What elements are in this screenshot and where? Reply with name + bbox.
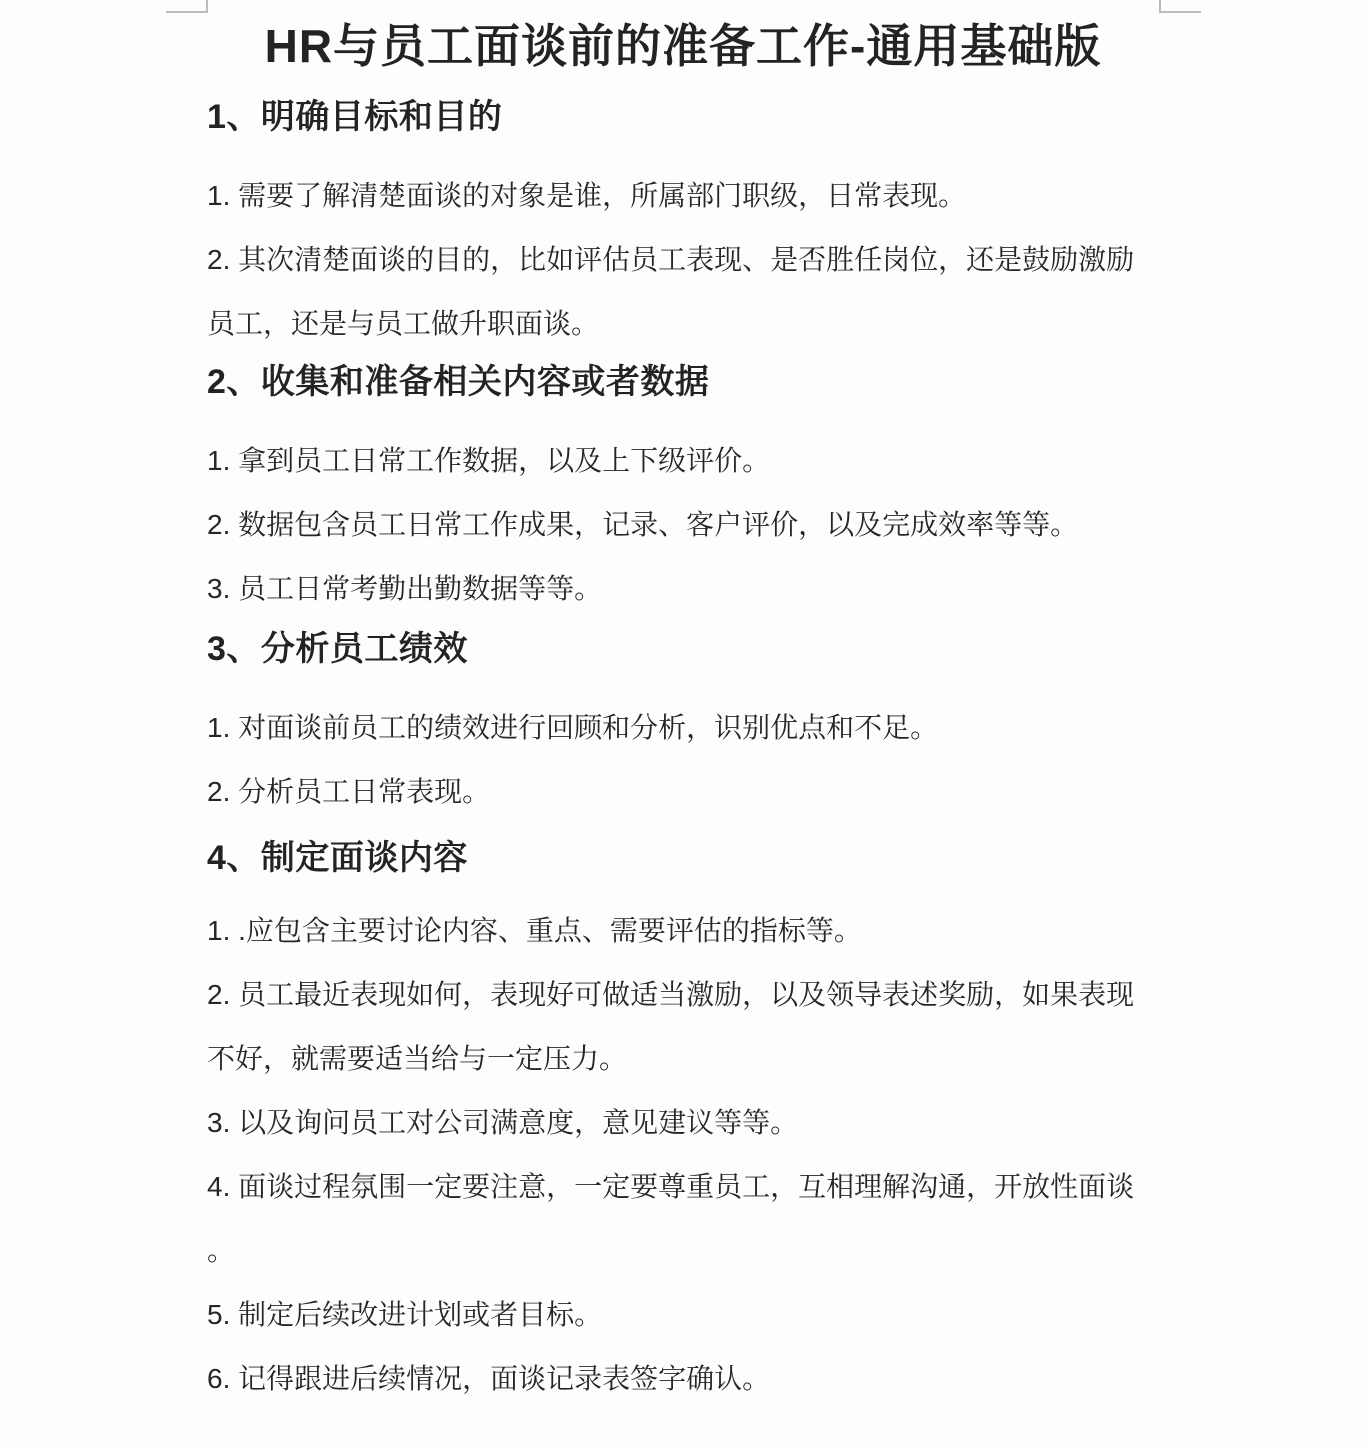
section-heading: 1、明确目标和目的: [207, 79, 1167, 155]
body-line: 2. 员工最近表现如何，表现好可做适当激励，以及领导表述奖励，如果表现: [207, 963, 1167, 1027]
section-heading: 2、收集和准备相关内容或者数据: [207, 344, 1167, 420]
document-page: HR与员工面谈前的准备工作-通用基础版 1、明确目标和目的 1. 需要了解清楚面…: [0, 0, 1366, 1446]
section-body: 1. .应包含主要讨论内容、重点、需要评估的指标等。 2. 员工最近表现如何，表…: [207, 899, 1167, 1411]
body-line: 1. 拿到员工日常工作数据，以及上下级评价。: [207, 429, 1167, 493]
section-4: 4、制定面谈内容 1. .应包含主要讨论内容、重点、需要评估的指标等。 2. 员…: [207, 820, 1167, 1411]
body-line: 2. 其次清楚面谈的目的，比如评估员工表现、是否胜任岗位，还是鼓励激励: [207, 228, 1167, 292]
body-line: 2. 数据包含员工日常工作成果，记录、客户评价，以及完成效率等等。: [207, 493, 1167, 557]
section-heading: 3、分析员工绩效: [207, 611, 1167, 687]
section-3: 3、分析员工绩效 1. 对面谈前员工的绩效进行回顾和分析，识别优点和不足。 2.…: [207, 611, 1167, 824]
text-boundary-corner-mark-left: [166, 0, 208, 13]
body-line: 2. 分析员工日常表现。: [207, 760, 1167, 824]
body-line: 6. 记得跟进后续情况，面谈记录表签字确认。: [207, 1347, 1167, 1411]
text-boundary-corner-mark-right: [1159, 0, 1201, 13]
document-title: HR与员工面谈前的准备工作-通用基础版: [0, 18, 1366, 74]
section-body: 1. 对面谈前员工的绩效进行回顾和分析，识别优点和不足。 2. 分析员工日常表现…: [207, 696, 1167, 824]
body-line: 1. 对面谈前员工的绩效进行回顾和分析，识别优点和不足。: [207, 696, 1167, 760]
body-line: 不好，就需要适当给与一定压力。: [207, 1027, 1167, 1091]
body-line: 5. 制定后续改进计划或者目标。: [207, 1283, 1167, 1347]
section-heading: 4、制定面谈内容: [207, 820, 1167, 896]
section-2: 2、收集和准备相关内容或者数据 1. 拿到员工日常工作数据，以及上下级评价。 2…: [207, 344, 1167, 621]
body-line: 。: [207, 1219, 1167, 1283]
body-line: 1. 需要了解清楚面谈的对象是谁，所属部门职级，日常表现。: [207, 164, 1167, 228]
body-line: 4. 面谈过程氛围一定要注意，一定要尊重员工，互相理解沟通，开放性面谈: [207, 1155, 1167, 1219]
section-body: 1. 拿到员工日常工作数据，以及上下级评价。 2. 数据包含员工日常工作成果，记…: [207, 429, 1167, 621]
body-line: 1. .应包含主要讨论内容、重点、需要评估的指标等。: [207, 899, 1167, 963]
section-1: 1、明确目标和目的 1. 需要了解清楚面谈的对象是谁，所属部门职级，日常表现。 …: [207, 79, 1167, 356]
body-line: 3. 以及询问员工对公司满意度，意见建议等等。: [207, 1091, 1167, 1155]
section-body: 1. 需要了解清楚面谈的对象是谁，所属部门职级，日常表现。 2. 其次清楚面谈的…: [207, 164, 1167, 356]
